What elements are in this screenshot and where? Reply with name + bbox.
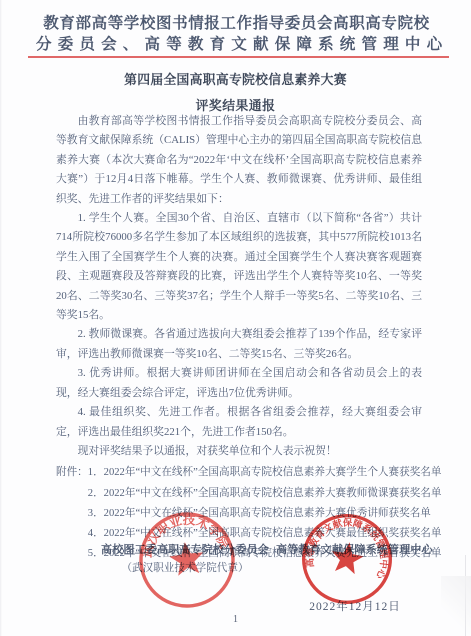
star-icon <box>329 540 366 575</box>
attachment-item: 1．2022年“中文在线杯”全国高职高专院校信息素养大赛学生个人赛获奖名单 <box>88 463 442 483</box>
calis-center-seal-stamp: 高等教育文献保障系统管理中心 <box>292 504 402 614</box>
letterhead-line2: 分委员会、高等教育文献保障系统管理中心 <box>36 34 443 55</box>
paragraph-teacher-microcourse: 2. 教师微课赛。各省通过选拔向大赛组委会推荐了139个作品，经专家评审，评选出… <box>56 325 422 364</box>
attachments-label: 附件： <box>56 463 88 564</box>
paragraph-organization-award: 4. 最佳组织奖、先进工作者。根据各省组委会推荐，经大赛组委会审定，评选出最佳组… <box>56 403 422 442</box>
page-corner-shade <box>441 576 471 636</box>
document-body: 由教育部高等学校图书情报工作指导委员会高职高专院校分委员会、高等教育文献保障系统… <box>56 112 422 564</box>
paragraph-student-contest: 1. 学生个人赛。全国30个省、自治区、直辖市（以下简称“各省”）共计714所院… <box>56 209 422 325</box>
document-title: 第四届全国高职高专院校信息素养大赛 <box>0 69 471 88</box>
letterhead: 教育部高等学校图书情报工作指导委员会高职高专院校 分委员会、高等教育文献保障系统… <box>30 13 443 55</box>
paragraph-excellent-lecturer: 3. 优秀讲师。根据大赛讲师团讲师在全国启动会和各省动员会上的表现，经大赛组委会… <box>56 364 422 403</box>
wuhan-college-seal-stamp: 武汉职业技术学院 <box>130 503 244 617</box>
paragraph-congratulation: 现对评奖结果予以通报，对获奖单位和个人表示祝贺！ <box>56 442 422 461</box>
letterhead-line1: 教育部高等学校图书情报工作指导委员会高职高专院校 <box>30 13 443 34</box>
attachment-item: 2．2022年“中文在线杯”全国高职高专院校信息素养大赛教师微课赛获奖名单 <box>88 484 442 504</box>
star-icon <box>168 540 206 576</box>
scanned-document-page: 教育部高等学校图书情报工作指导委员会高职高专院校 分委员会、高等教育文献保障系统… <box>0 0 471 636</box>
page-number: 1 <box>0 614 471 625</box>
paragraph-intro: 由教育部高等学校图书情报工作指导委员会高职高专院校分委员会、高等教育文献保障系统… <box>56 112 422 209</box>
letterhead-divider-rule <box>28 56 449 58</box>
